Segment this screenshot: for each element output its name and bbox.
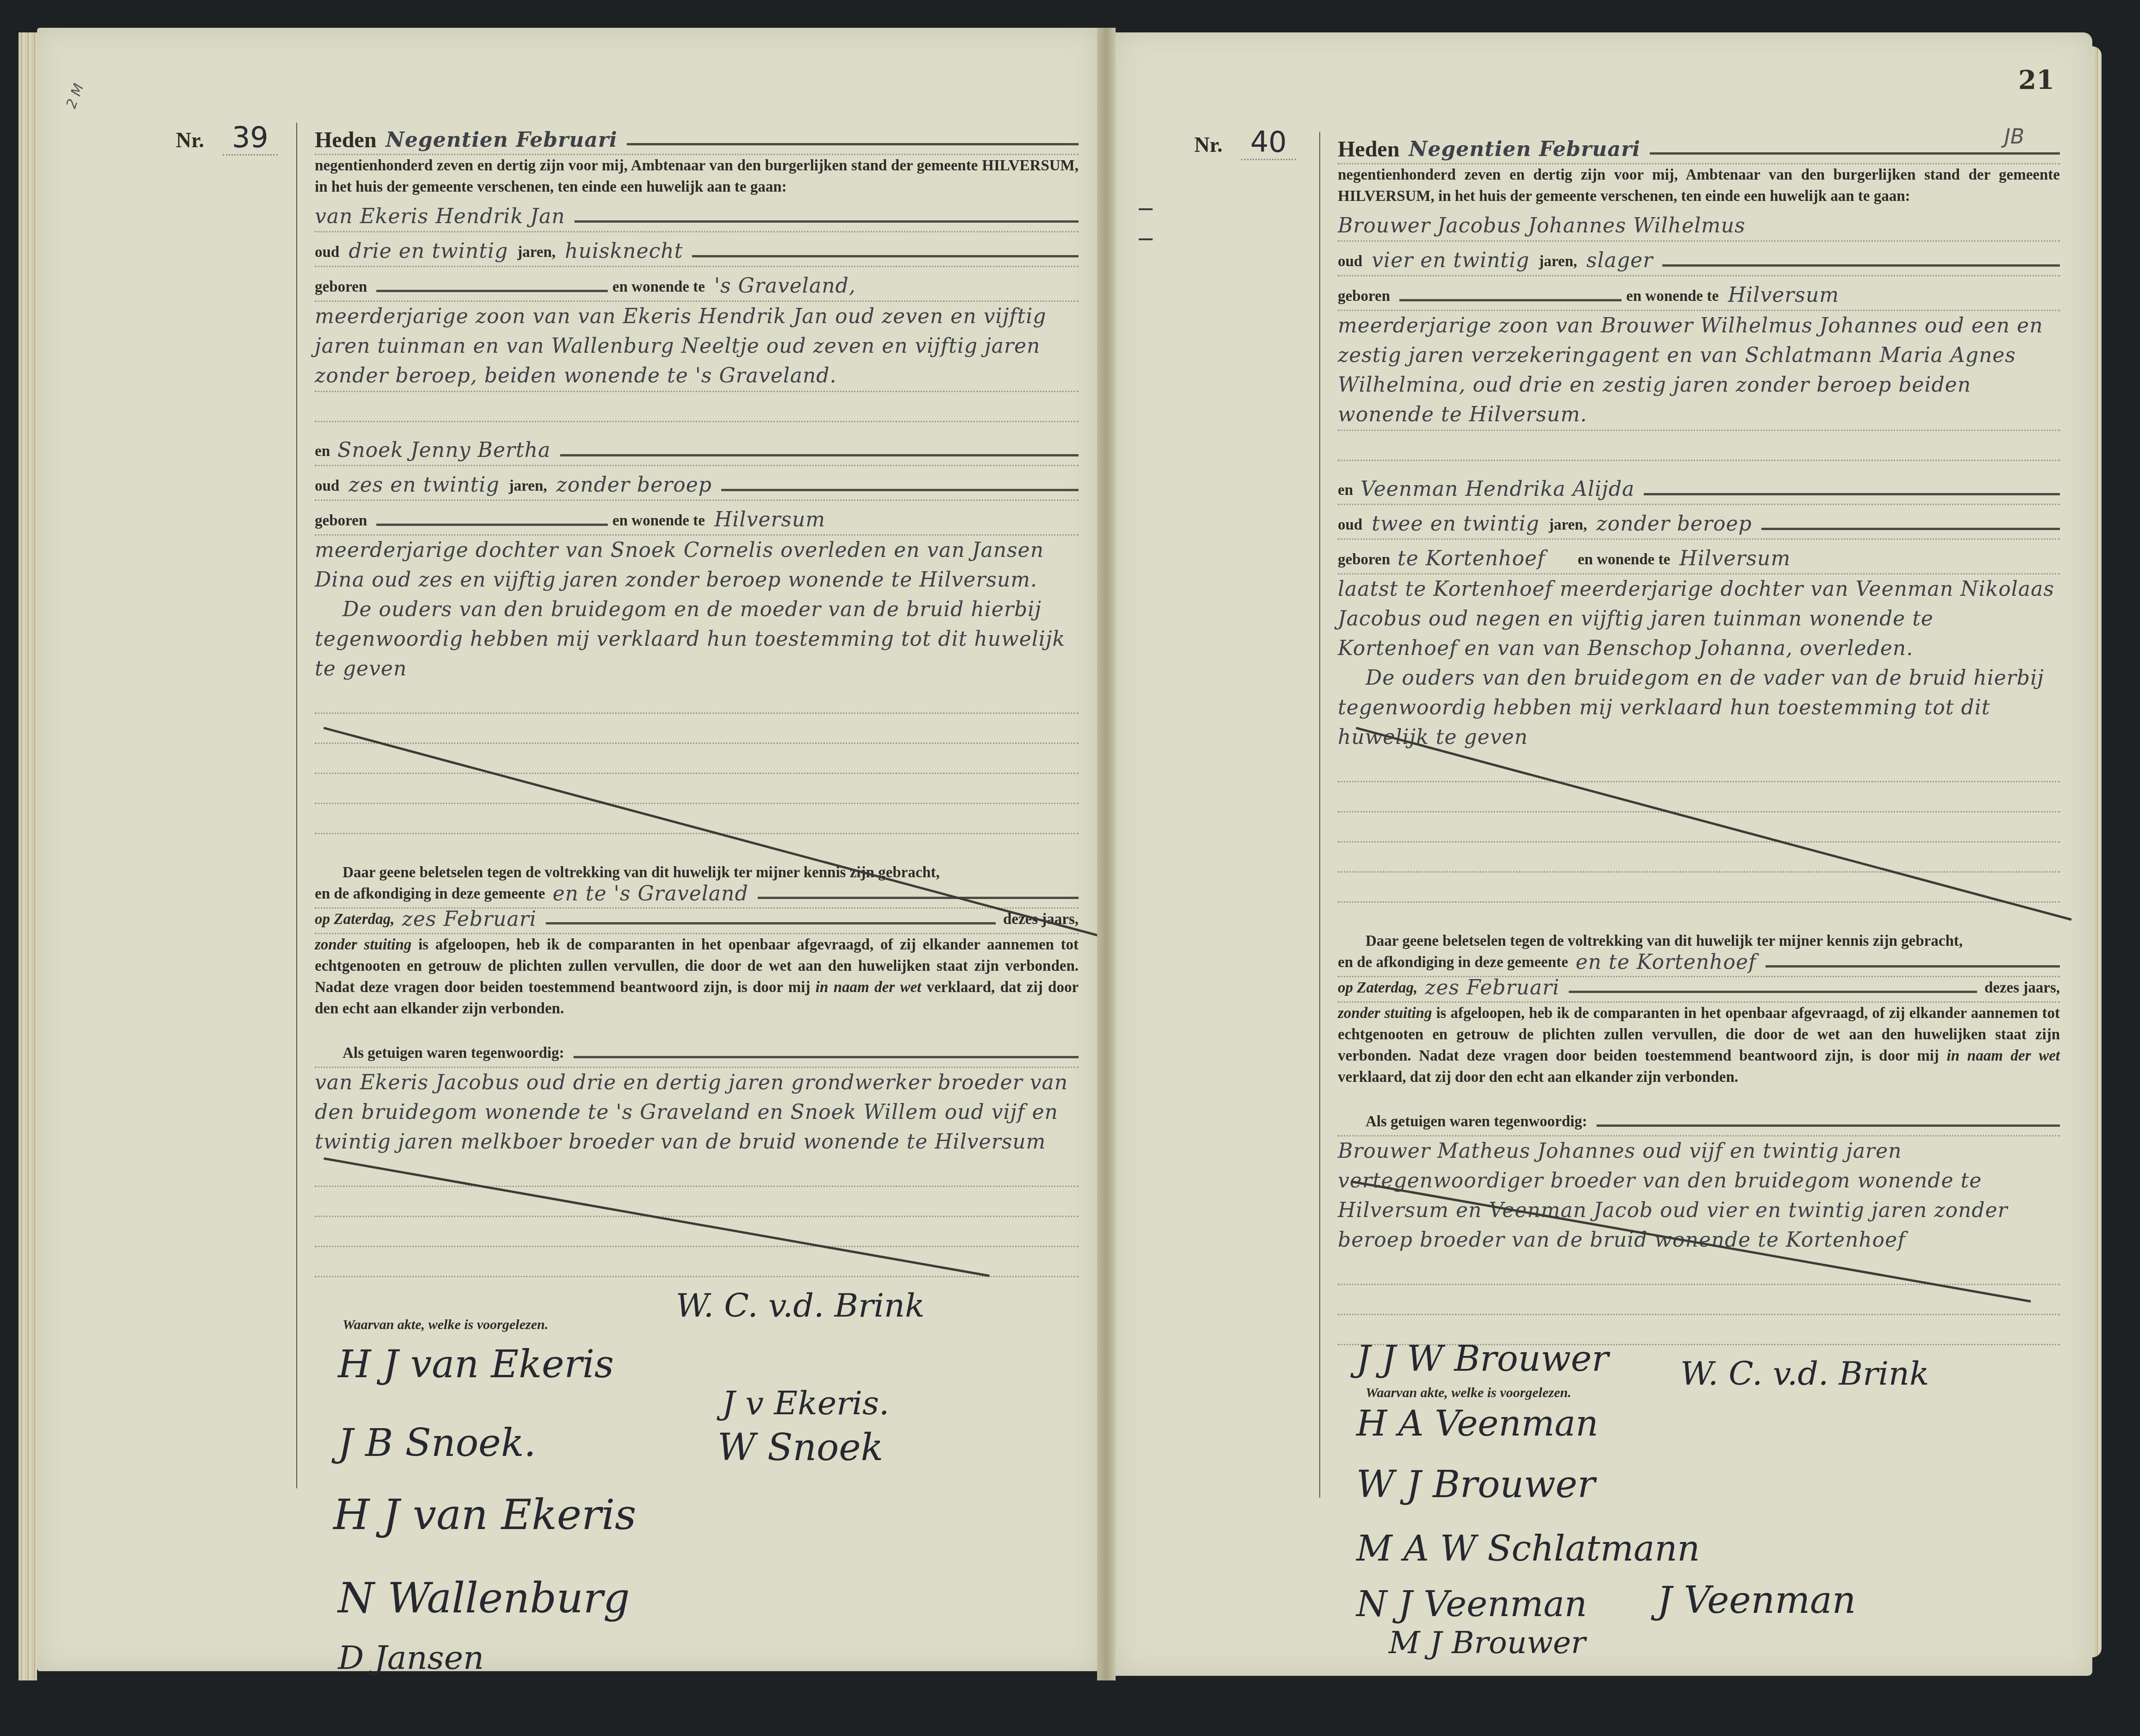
signature: J v Ekeris. <box>722 1384 889 1422</box>
ruled-line <box>315 714 1079 744</box>
ruled-line <box>1338 1285 2060 1315</box>
afkondiging-text: Daar geene beletselen tegen de voltrekki… <box>1338 930 2060 952</box>
bride-parents: laatst te Kortenhoef meerderjarige docht… <box>1338 575 2060 663</box>
proclamation-date-line: op Zaterdag, zes Februari dezes jaars, <box>315 909 1079 934</box>
act-number-value: 40 <box>1241 125 1296 160</box>
groom-age: vier en twintig <box>1372 249 1529 272</box>
groom-occupation: huisknecht <box>565 239 683 263</box>
ruled-line <box>1338 431 2060 461</box>
intro-text: negentienhonderd zeven en dertig zijn vo… <box>1338 164 2060 207</box>
waarvan-line: Waarvan akte, welke is voorgelezen. W. C… <box>315 1286 1079 1342</box>
signature: N J Veenman <box>1356 1583 1587 1624</box>
groom-birth-line: geboren en wonende te 's Graveland, <box>315 267 1079 302</box>
registrar-signature: W. C. v.d. Brink <box>1680 1355 1929 1393</box>
bride-age-line: oud zes en twintig jaren, zonder beroep <box>315 466 1079 501</box>
signature: W J Brouwer <box>1356 1463 1595 1506</box>
proclamation-place-line: en de afkondiging in deze gemeente en te… <box>315 883 1079 909</box>
act-number: Nr.40 <box>1194 125 1296 159</box>
marriage-date: Negentien Februari <box>1409 139 1640 160</box>
groom-name: Brouwer Jacobus Johannes Wilhelmus <box>1338 207 2060 242</box>
ruled-line <box>1338 752 2060 782</box>
groom-residence: Hilversum <box>1728 283 1839 307</box>
bride-birth-line: geboren te Kortenhoef en wonende te Hilv… <box>1338 540 2060 575</box>
groom-age: drie en twintig <box>349 239 508 263</box>
ceremony-text: zonder stuiting is afgeloopen, heb ik de… <box>315 934 1079 1019</box>
ruled-line <box>315 1157 1079 1187</box>
bride-parents: meerderjarige dochter van Snoek Cornelis… <box>315 536 1079 595</box>
proclamation-date: zes Februari <box>402 909 537 930</box>
signature: H A Veenman <box>1356 1403 1598 1444</box>
proclamation-place: en te 's Graveland <box>553 883 749 905</box>
afkondiging-text: Daar geene beletselen tegen de voltrekki… <box>315 862 1079 883</box>
margin-dash <box>1139 208 1153 210</box>
ruled-line <box>1338 1255 2060 1285</box>
groom-residence: 's Graveland, <box>714 274 856 298</box>
bride-occupation: zonder beroep <box>556 473 712 497</box>
ruled-line <box>315 392 1079 422</box>
bride-birth-line: geboren en wonende te Hilversum <box>315 501 1079 536</box>
ruled-line <box>315 1247 1079 1277</box>
bride-age: twee en twintig <box>1372 512 1539 536</box>
signature: W Snoek <box>717 1426 883 1469</box>
registrar-signature: W. C. v.d. Brink <box>676 1286 924 1324</box>
proclamation-place-line: en de afkondiging in deze gemeente en te… <box>1338 952 2060 977</box>
proclamation-date-line: op Zaterdag, zes Februari dezes jaars, <box>1338 977 2060 1003</box>
bride-age-line: oud twee en twintig jaren, zonder beroep <box>1338 505 2060 540</box>
witnesses: Brouwer Matheus Johannes oud vijf en twi… <box>1338 1137 2060 1255</box>
ruled-line <box>315 684 1079 714</box>
page-number: 21 <box>2018 65 2054 95</box>
witnesses-label-line: Als getuigen waren tegenwoordig: <box>315 1043 1079 1068</box>
bride-name-line: en Snoek Jenny Bertha <box>315 431 1079 466</box>
right-page: 21 JB Nr.40 Heden Negentien Februari neg… <box>1116 32 2092 1676</box>
bride-name: Veenman Hendrika Alijda <box>1360 477 1635 501</box>
proclamation-place: en te Kortenhoef <box>1576 952 1757 973</box>
witnesses: van Ekeris Jacobus oud drie en dertig ja… <box>315 1068 1079 1157</box>
ruled-line <box>315 1187 1079 1217</box>
proclamation-date: zes Februari <box>1425 977 1560 999</box>
ruled-line <box>1338 843 2060 873</box>
groom-birth-line: geboren en wonende te Hilversum <box>1338 276 2060 311</box>
bride-residence: Hilversum <box>1679 547 1791 570</box>
act-number-value: 39 <box>223 120 278 156</box>
groom-parents: meerderjarige zoon van Brouwer Wilhelmus… <box>1338 311 2060 431</box>
bride-name-line: en Veenman Hendrika Alijda <box>1338 470 2060 505</box>
parental-consent: De ouders van den bruidegom en de vader … <box>1338 663 2060 752</box>
page-edges-left <box>19 32 37 1680</box>
groom-occupation: slager <box>1586 249 1653 272</box>
signature: M J Brouwer <box>1389 1625 1585 1661</box>
marriage-date: Negentien Februari <box>386 130 617 151</box>
ruled-line <box>1338 812 2060 843</box>
bride-birthplace: te Kortenhoef <box>1398 547 1545 570</box>
ruled-line <box>315 774 1079 804</box>
book-gutter <box>1097 28 1116 1680</box>
signature: M A W Schlatmann <box>1356 1528 1700 1569</box>
signature: J B Snoek. <box>338 1421 536 1465</box>
open-register-book: 2 M Nr.39 Heden Negentien Februari negen… <box>19 28 2092 1704</box>
act-40-form: Heden Negentien Februari negentienhonder… <box>1338 130 2060 1410</box>
bride-age: zes en twintig <box>349 473 499 497</box>
witnesses-label-line: Als getuigen waren tegenwoordig: <box>1338 1111 2060 1137</box>
ruled-line <box>315 804 1079 834</box>
groom-name: van Ekeris Hendrik Jan <box>315 198 1079 232</box>
ceremony-text: zonder stuiting is afgeloopen, heb ik de… <box>1338 1003 2060 1088</box>
signature: N Wallenburg <box>338 1574 630 1623</box>
signature: H J van Ekeris <box>333 1491 636 1539</box>
signature: H J van Ekeris <box>338 1343 614 1386</box>
signature: J J W Brouwer <box>1356 1338 1609 1379</box>
bride-name: Snoek Jenny Bertha <box>337 438 551 462</box>
heden-line: Heden Negentien Februari <box>315 120 1079 155</box>
ruled-line <box>315 1217 1079 1247</box>
bride-occupation: zonder beroep <box>1596 512 1752 536</box>
act-39-form: Heden Negentien Februari negentienhonder… <box>315 120 1079 1342</box>
margin-rule <box>1319 132 1320 1498</box>
margin-annotation: 2 M <box>63 81 87 111</box>
left-page: 2 M Nr.39 Heden Negentien Februari negen… <box>37 28 1097 1671</box>
groom-parents: meerderjarige zoon van van Ekeris Hendri… <box>315 302 1079 392</box>
margin-dash <box>1139 238 1153 240</box>
intro-text: negentienhonderd zeven en dertig zijn vo… <box>315 155 1079 198</box>
groom-age-line: oud vier en twintig jaren, slager <box>1338 242 2060 276</box>
margin-rule <box>296 123 297 1488</box>
signature: D Jansen <box>338 1639 484 1677</box>
groom-age-line: oud drie en twintig jaren, huisknecht <box>315 232 1079 267</box>
parental-consent: De ouders van den bruidegom en de moeder… <box>315 595 1079 684</box>
heden-line: Heden Negentien Februari <box>1338 130 2060 164</box>
ruled-line <box>1338 782 2060 812</box>
act-number: Nr.39 <box>176 120 278 154</box>
ruled-line <box>315 744 1079 774</box>
signature: J Veenman <box>1657 1579 1856 1622</box>
bride-residence: Hilversum <box>714 508 825 531</box>
